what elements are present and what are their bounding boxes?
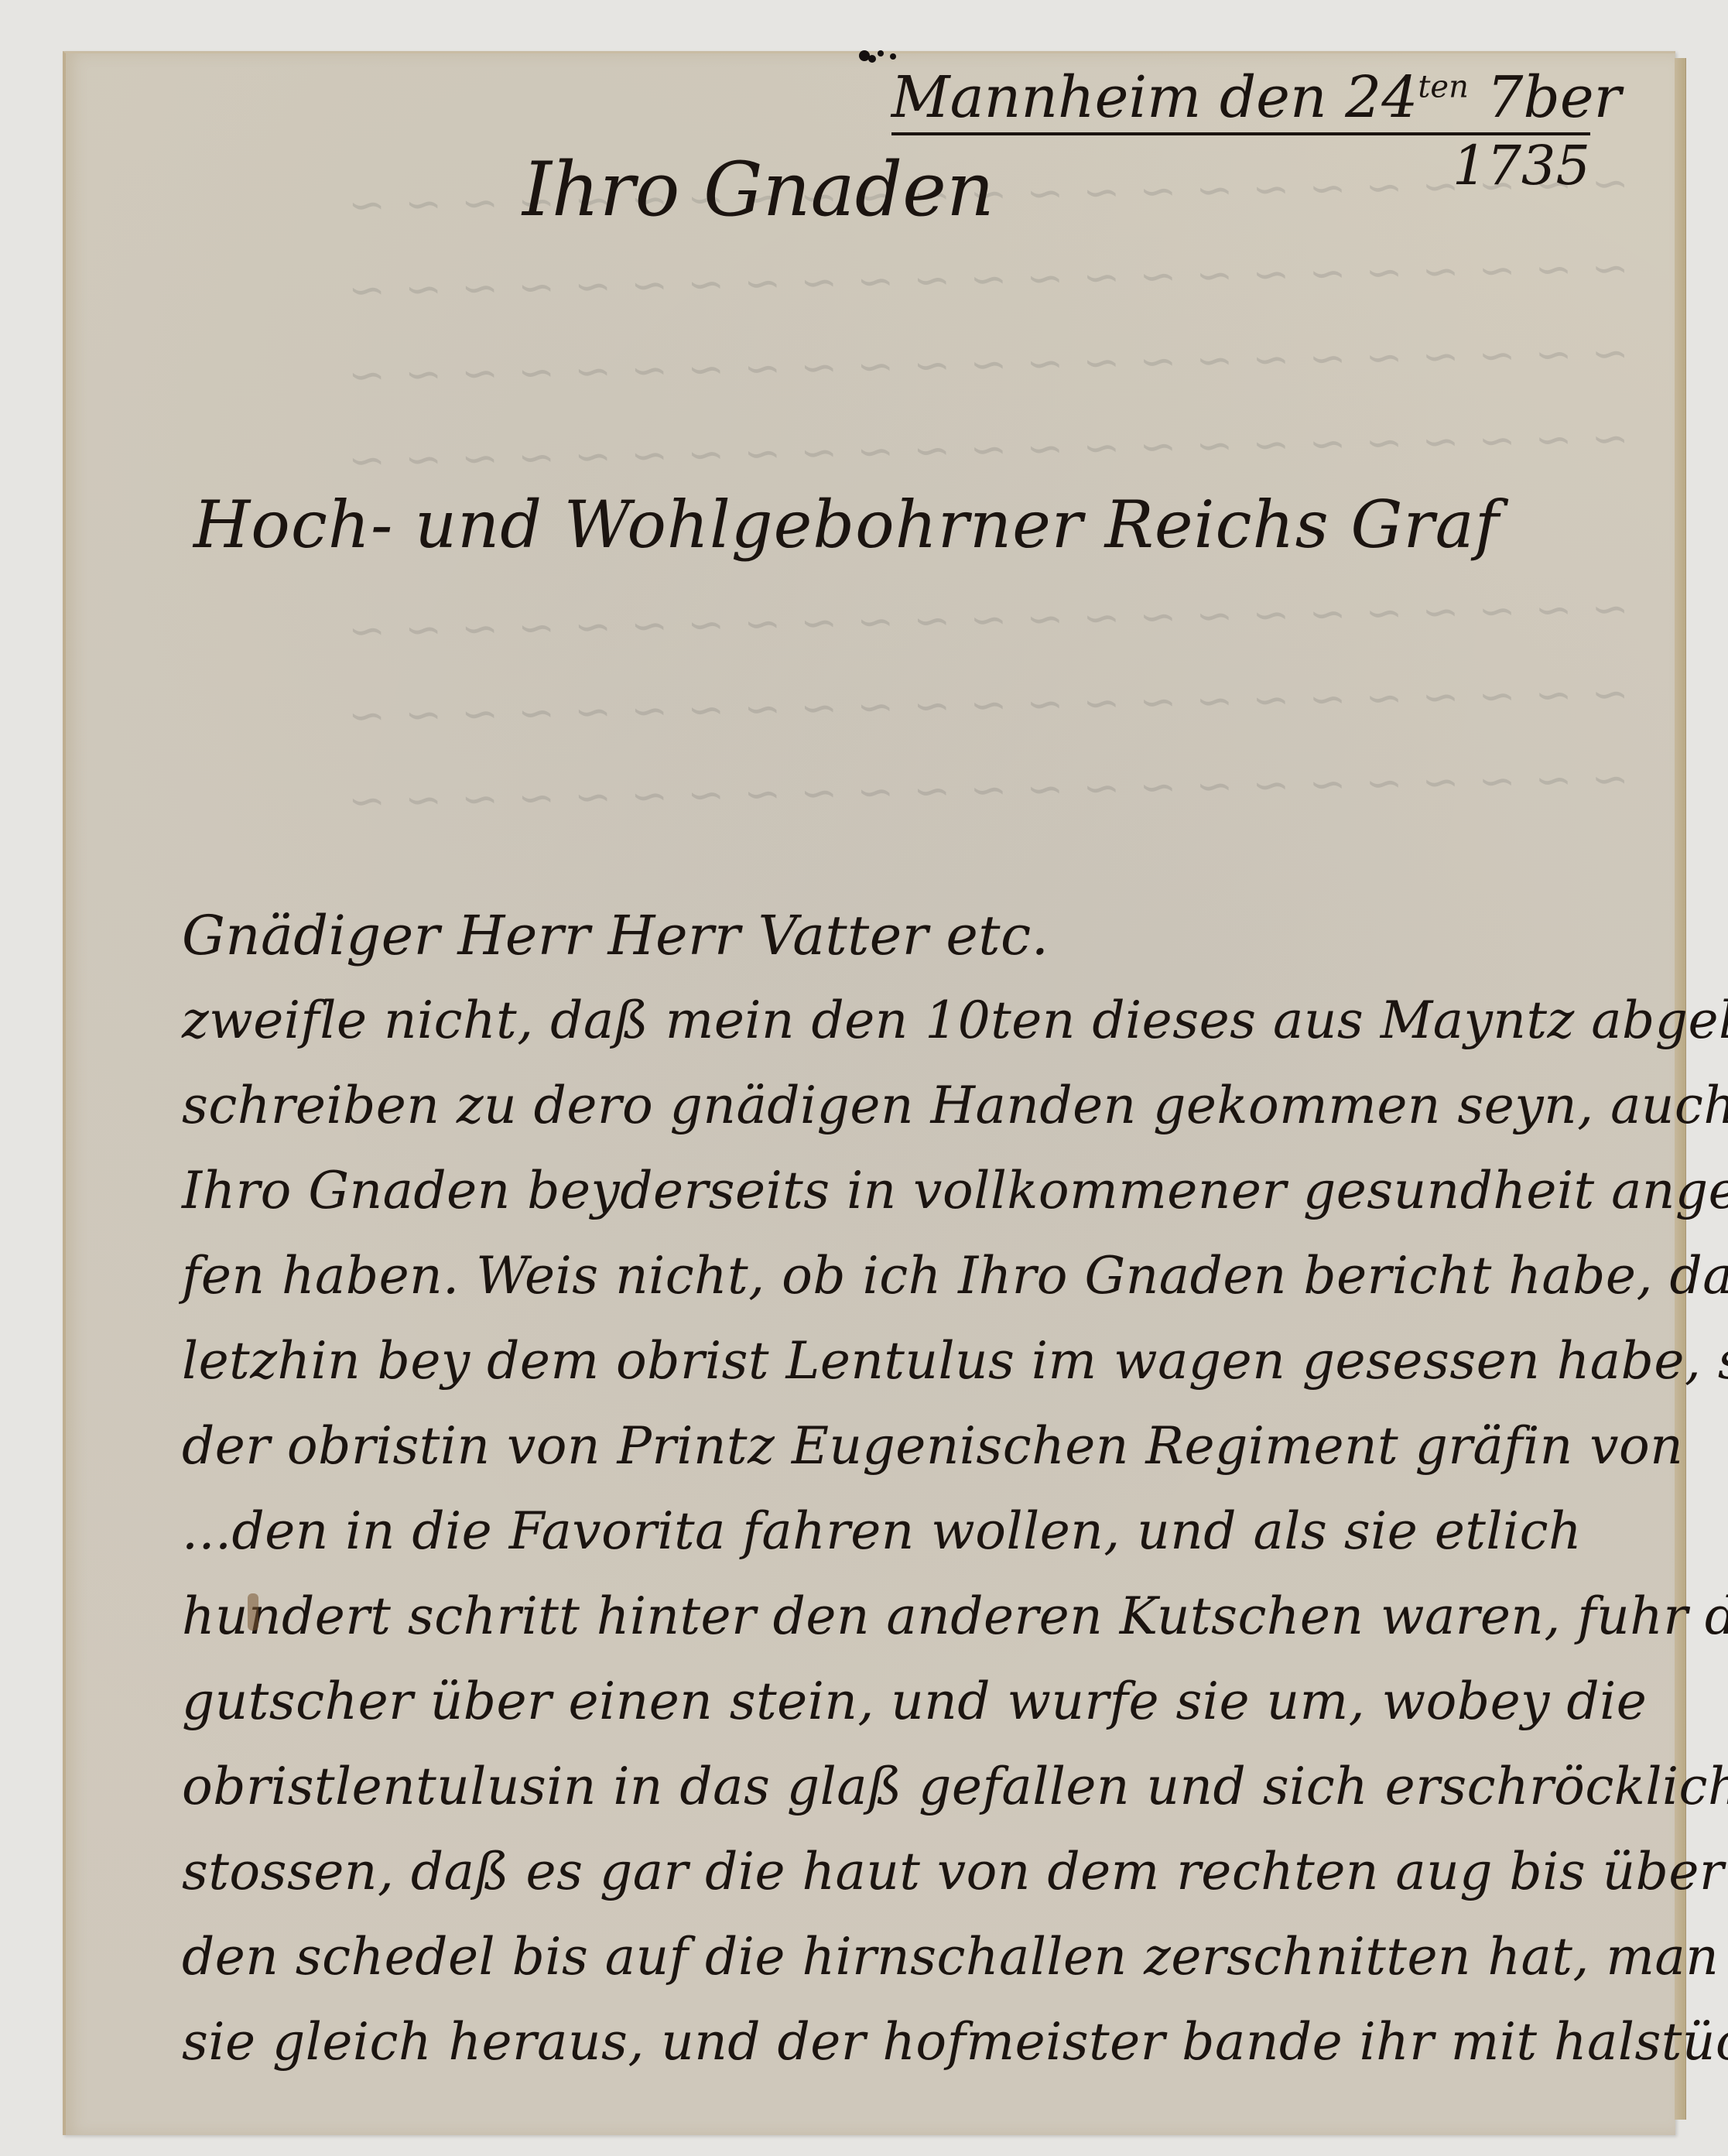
ink-stain [248, 1593, 258, 1631]
heading: Ihro Gnaden [522, 146, 994, 233]
dateline-day-suffix: ten [1418, 69, 1469, 104]
body-line: sie gleich heraus, und der hofmeister ba… [182, 2000, 1722, 2085]
bleed-through-text: ~ ~ ~ ~ ~ ~ ~ ~ ~ ~ ~ ~ ~ ~ ~ ~ ~ ~ ~ ~ … [120, 752, 1630, 831]
dateline-place-date: Mannheim den 24 [891, 64, 1418, 131]
body-line: gutscher über einen stein, und wurfe sie… [182, 1659, 1722, 1744]
ink-blot-marks [859, 50, 898, 66]
bleed-through-text: ~ ~ ~ ~ ~ ~ ~ ~ ~ ~ ~ ~ ~ ~ ~ ~ ~ ~ ~ ~ … [120, 412, 1630, 491]
body-line: der obristin von Printz Eugenischen Regi… [182, 1404, 1722, 1489]
body-line: schreiben zu dero gnädigen Handen gekomm… [182, 1063, 1722, 1148]
body-line: Gnädiger Herr Herr Vatter etc. [182, 893, 1722, 978]
bleed-through-text: ~ ~ ~ ~ ~ ~ ~ ~ ~ ~ ~ ~ ~ ~ ~ ~ ~ ~ ~ ~ … [120, 241, 1630, 320]
bleed-through-text: ~ ~ ~ ~ ~ ~ ~ ~ ~ ~ ~ ~ ~ ~ ~ ~ ~ ~ ~ ~ … [120, 667, 1630, 746]
body-line: hundert schritt hinter den anderen Kutsc… [182, 1574, 1722, 1659]
dateline-year: 1735 [891, 132, 1590, 193]
letter-page: ~ ~ ~ ~ ~ ~ ~ ~ ~ ~ ~ ~ ~ ~ ~ ~ ~ ~ ~ ~ … [63, 51, 1675, 2135]
body-line: letzhin bey dem obrist Lentulus im wagen… [182, 1319, 1722, 1404]
address-line: Hoch- und Wohlgebohrner Reichs Graf [193, 487, 1500, 563]
body-line: den schedel bis auf die hirnschallen zer… [182, 1915, 1722, 2000]
bleed-through-text: ~ ~ ~ ~ ~ ~ ~ ~ ~ ~ ~ ~ ~ ~ ~ ~ ~ ~ ~ ~ … [120, 327, 1630, 406]
dateline-month: 7ber [1487, 64, 1621, 131]
letter-body: Gnädiger Herr Herr Vatter etc. zweifle n… [182, 893, 1722, 2085]
body-line: obristlentulusin in das glaß gefallen un… [182, 1744, 1722, 1829]
dateline: Mannheim den 24ten 7ber 1735 [891, 69, 1621, 193]
body-line: stossen, daß es gar die haut von dem rec… [182, 1829, 1722, 1915]
bleed-through-text: ~ ~ ~ ~ ~ ~ ~ ~ ~ ~ ~ ~ ~ ~ ~ ~ ~ ~ ~ ~ … [120, 582, 1630, 661]
body-line: Ihro Gnaden beyderseits in vollkommener … [182, 1148, 1722, 1234]
body-line: ...den in die Favorita fahren wollen, un… [182, 1489, 1722, 1574]
body-line: fen haben. Weis nicht, ob ich Ihro Gnade… [182, 1234, 1722, 1319]
body-line: zweifle nicht, daß mein den 10ten dieses… [182, 978, 1722, 1063]
